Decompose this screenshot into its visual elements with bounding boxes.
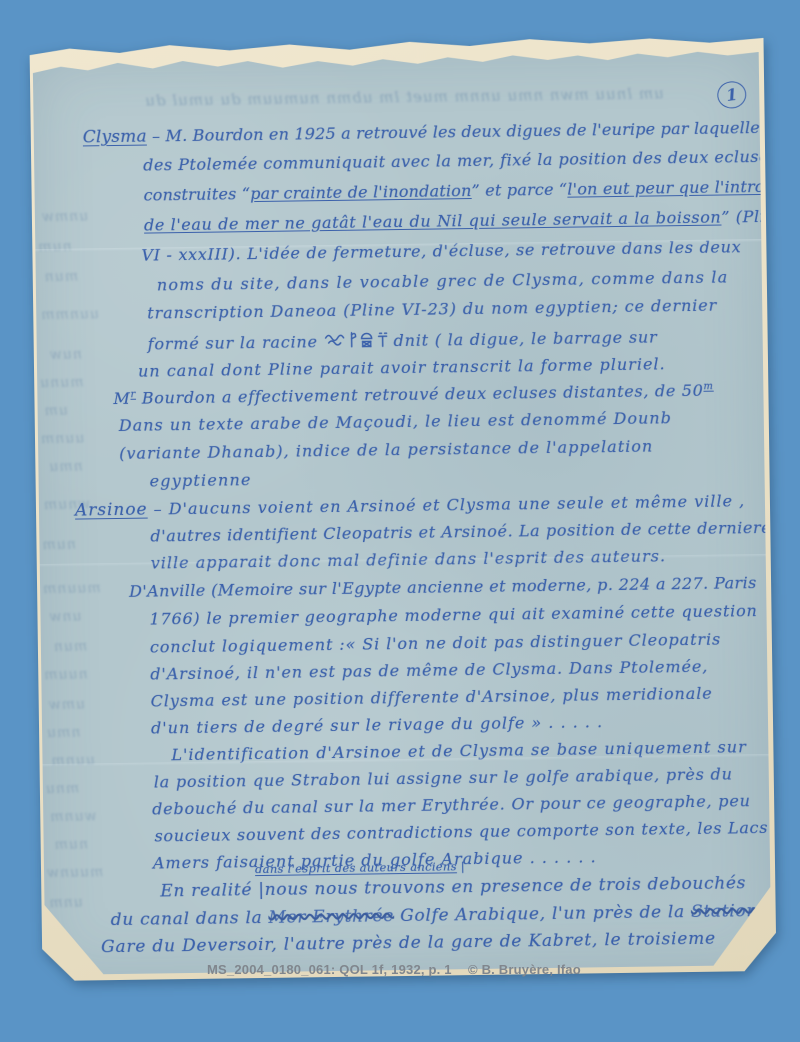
text-segment: Mer Erythrée <box>268 906 394 928</box>
manuscript-line: ville apparait donc mal definie dans l'e… <box>151 546 667 572</box>
showthrough-mark: unm <box>48 895 83 911</box>
showthrough-mark: mun <box>44 269 79 285</box>
caption-copyright: © B. Bruyère, Ifao <box>468 962 581 977</box>
manuscript-line: dans l'esprit des auteurs anciens | <box>255 859 465 876</box>
manuscript-line: (variante Dhanab), indice de la persista… <box>119 437 653 463</box>
text-segment: du canal dans la <box>111 908 269 930</box>
showthrough-mark: num <box>54 836 89 852</box>
text-segment: dnit ( la digue, le barrage sur <box>388 327 658 350</box>
text-segment: de l'eau de mer ne gatât l'eau du Nil qu… <box>144 208 722 235</box>
text-segment: M <box>113 389 130 408</box>
text-segment: formé sur la racine <box>148 332 324 353</box>
manuscript-line: Dans un texte arabe de Maçoudi, le lieu … <box>119 408 672 435</box>
showthrough-mark: nuum <box>43 666 88 683</box>
manuscript-line: d'un tiers de degré sur le rivage du gol… <box>151 712 603 737</box>
manuscript-line: de l'eau de mer ne gatât l'eau du Nil qu… <box>144 207 787 235</box>
showthrough-mark: unmw <box>41 208 89 225</box>
manuscript-line: soucieux souvent des contradictions que … <box>154 818 768 846</box>
manuscript-line: la position que Strabon lui assigne sur … <box>154 764 733 791</box>
manuscript-line: Clysma – M. Bourdon en 1925 a retrouvé l… <box>83 116 800 146</box>
text-segment: Gare du Deversoir, l'autre près de la ga… <box>101 929 716 958</box>
manuscript-line: un canal dont Pline parait avoir transcr… <box>138 354 666 380</box>
showthrough-mark: uunm <box>40 430 85 447</box>
manuscript-line: VI - xxxIII). L'idée de fermeture, d'écl… <box>141 237 741 264</box>
text-segment: un canal dont Pline parait avoir transcr… <box>138 354 666 380</box>
showthrough-mark: num <box>41 537 76 553</box>
text-segment: VI - xxxIII). L'idée de fermeture, d'écl… <box>141 237 741 264</box>
text-segment: conclut logiquement :« Si l'on ne doit p… <box>150 630 721 657</box>
showthrough-mark: uunmm <box>40 306 99 323</box>
showthrough-mark: mnu <box>45 781 80 797</box>
manuscript-line: transcription Daneoa (Pline VI-23) du no… <box>147 296 717 323</box>
manuscript-line: D'Anville (Memoire sur l'Egypte ancienne… <box>129 573 757 601</box>
manuscript-line: noms du site, dans le vocable grec de Cl… <box>157 267 729 294</box>
text-segment: dans l'esprit des auteurs anciens <box>255 859 457 876</box>
text-segment: D'aucuns voient en Arsinoé et Clysma une… <box>169 491 746 518</box>
text-segment: soucieux souvent des contradictions que … <box>154 818 768 846</box>
manuscript-line: L'identification d'Arsinoe et de Clysma … <box>171 737 747 764</box>
showthrough-mark: wunm <box>49 808 97 825</box>
text-segment: M. Bourdon en 1925 a retrouvé les deux d… <box>165 117 800 145</box>
text-segment: Clysma est une position differente d'Ars… <box>151 684 713 711</box>
text-segment: | <box>457 859 465 873</box>
text-segment: d'Arsinoé, il n'en est pas de même de Cl… <box>150 657 708 684</box>
manuscript-line: des Ptolemée communiquait avec la mer, f… <box>143 147 778 175</box>
text-segment: ” et parce “ <box>471 180 567 200</box>
showthrough-mark: uunm <box>50 752 95 769</box>
text-segment: d'autres identifient Cleopatris et Arsin… <box>150 518 771 546</box>
text-segment: Bourdon a effectivement retrouvé deux ec… <box>136 381 704 408</box>
text-segment: debouché du canal sur la mer Erythrée. O… <box>152 791 751 818</box>
manuscript-line: du canal dans la Mer Erythrée Golfe Arab… <box>111 901 759 930</box>
showthrough-mark: num <box>37 239 72 255</box>
hieroglyphs-dnit-icon <box>324 331 388 351</box>
text-segment: nous nous trouvons en presence de trois … <box>265 873 747 900</box>
text-segment: 1766) le premier geographe moderne qui a… <box>149 601 757 628</box>
manuscript-sheet: um lnuu mwn nmu unnm muet lm ubmn numuum… <box>30 35 777 981</box>
text-segment: la position que Strabon lui assigne sur … <box>154 764 733 791</box>
text-segment: En realité | <box>160 880 265 901</box>
paper: um lnuu mwn nmu unnm muet lm ubmn numuum… <box>33 49 772 975</box>
manuscript-line: formé sur la racine dnit ( la digue, le … <box>148 326 658 353</box>
text-segment: Arsinoe <box>75 499 148 520</box>
manuscript-line: Mr Bourdon a effectivement retrouvé deux… <box>113 381 713 408</box>
showthrough-mark: nmu <box>46 725 81 741</box>
text-segment: Clysma <box>83 126 147 147</box>
showthrough-mark: muunw <box>46 864 104 881</box>
manuscript-line: construites “par crainte de l'inondation… <box>143 176 800 205</box>
text-segment: D'Anville (Memoire sur l'Egypte ancienne… <box>129 573 757 601</box>
text-segment: des Ptolemée communiquait avec la mer, f… <box>143 147 778 175</box>
text-segment: ” (Pline <box>721 207 786 227</box>
manuscript-line: En realité |nous nous trouvons en presen… <box>160 873 746 901</box>
text-segment: Dans un texte arabe de Maçoudi, le lieu … <box>119 408 672 435</box>
manuscript-line: Arsinoe – D'aucuns voient en Arsinoé et … <box>75 490 745 519</box>
text-segment: (variante Dhanab), indice de la persista… <box>119 437 653 463</box>
showthrough-mark: muunm <box>42 580 101 597</box>
showthrough-mark: um <box>43 403 68 419</box>
text-segment: – <box>147 126 166 145</box>
text-segment: m <box>703 381 713 392</box>
manuscript-line: Gare du Deversoir, l'autre près de la ga… <box>101 929 716 958</box>
page-number-badge: 1 <box>716 80 748 111</box>
text-segment: Golfe Arabique, l'un près de la <box>394 902 691 926</box>
showthrough-mark: umw <box>48 696 86 713</box>
manuscript-line: debouché du canal sur la mer Erythrée. O… <box>152 791 751 818</box>
text-segment: noms du site, dans le vocable grec de Cl… <box>157 267 729 294</box>
text-segment: par crainte de l'inondation <box>250 181 472 203</box>
manuscript-line: Clysma est une position differente d'Ars… <box>151 684 713 711</box>
manuscript-line: d'autres identifient Cleopatris et Arsin… <box>150 518 771 546</box>
manuscript-line: conclut logiquement :« Si l'on ne doit p… <box>150 630 721 657</box>
showthrough-mark: nuw <box>49 346 82 362</box>
showthrough-mark: unw <box>48 609 81 625</box>
showthrough-mark: um lnuu mwn nmu unnm muet lm ubmn numuum… <box>144 84 664 109</box>
text-segment: ville apparait donc mal definie dans l'e… <box>151 546 667 572</box>
text-segment: construites “ <box>143 184 250 204</box>
manuscript-line: 1766) le premier geographe moderne qui a… <box>149 601 757 628</box>
manuscript-line: d'Arsinoé, il n'en est pas de même de Cl… <box>150 657 708 684</box>
caption-manuscript-id: MS_2004_0180_061: QOL 1f, 1932, p. 1 <box>207 962 452 977</box>
showthrough-mark: munu <box>39 374 84 391</box>
manuscript-line: egyptienne <box>149 470 251 490</box>
text-segment: – <box>147 499 168 518</box>
text-segment: L'identification d'Arsinoe et de Clysma … <box>171 737 747 764</box>
scan-stage: um lnuu mwn nmu unnm muet lm ubmn numuum… <box>0 0 800 1042</box>
showthrough-mark: nmu <box>48 458 83 474</box>
showthrough-mark: mun <box>53 638 88 654</box>
text-segment: d'un tiers de degré sur le rivage du gol… <box>151 712 603 737</box>
text-segment: egyptienne <box>149 470 251 490</box>
text-segment: transcription Daneoa (Pline VI-23) du no… <box>147 296 717 323</box>
